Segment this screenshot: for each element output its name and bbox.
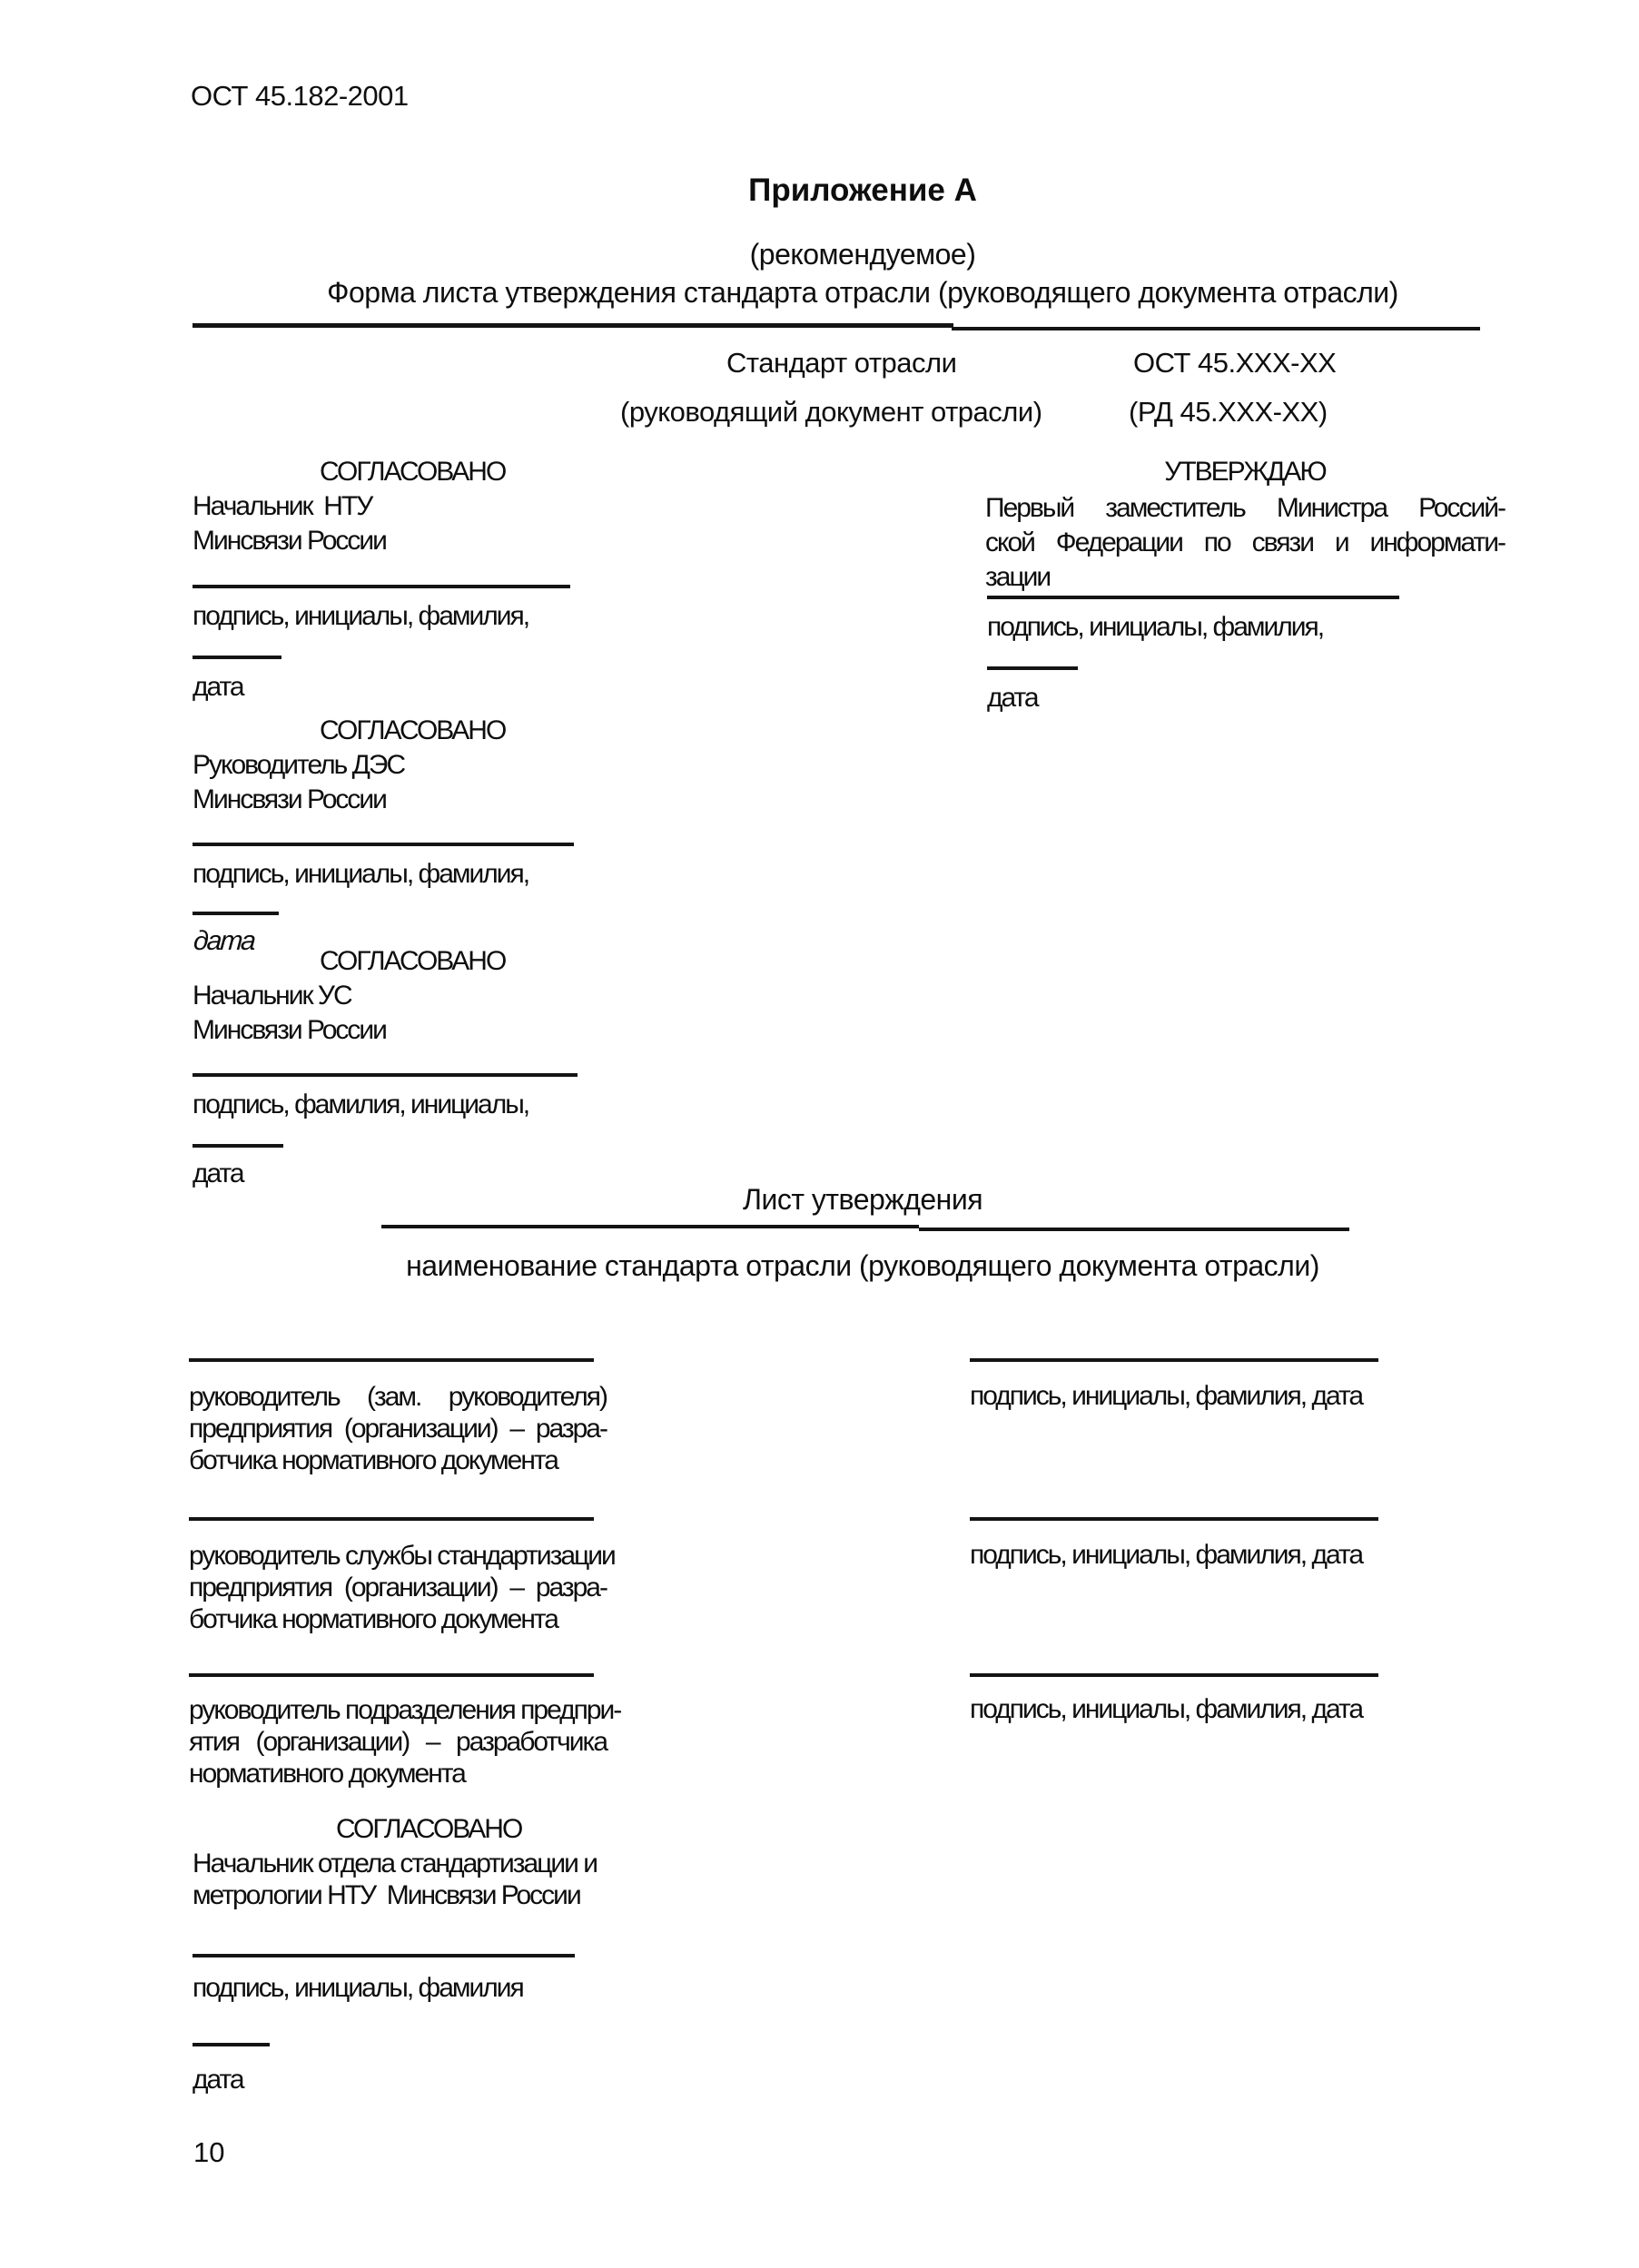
- date-caption: дата: [193, 672, 243, 703]
- signature-line: [189, 1517, 594, 1521]
- signature-caption: подпись, инициалы, фамилия,: [193, 601, 528, 632]
- date-line: [193, 1144, 283, 1148]
- doc-code: ОСТ 45.182-2001: [191, 80, 409, 113]
- agreed-3-org: Минсвязи России: [193, 1015, 386, 1046]
- agreed-2-role: Руководитель ДЭС: [193, 750, 404, 781]
- final-agreed-role-1: Начальник отдела стандартизации и: [193, 1849, 597, 1879]
- guiding-doc-code: (РД 45.XXX-XX): [1129, 396, 1328, 429]
- table-row-3-sig-caption: подпись, инициалы, фамилия, дата: [970, 1694, 1362, 1725]
- signature-line: [193, 843, 574, 846]
- appendix-subtitle: (рекомендуемое): [191, 238, 1535, 271]
- approve-heading: УТВЕРЖДАЮ: [985, 457, 1505, 488]
- standard-code: ОСТ 45.XXX-XX: [1133, 347, 1336, 380]
- approve-role-line: зации: [985, 560, 1505, 595]
- signature-caption: подпись, инициалы, фамилия: [193, 1973, 523, 2004]
- signature-line: [189, 1358, 594, 1362]
- signature-line: [193, 1954, 575, 1957]
- top-rule-right: [952, 327, 1480, 330]
- date-caption: дата: [193, 926, 255, 957]
- approve-role-line: Первый заместитель Министра Россий-: [985, 491, 1505, 526]
- final-agreed-heading: СОГЛАСОВАНО: [336, 1814, 521, 1845]
- date-line: [193, 2043, 270, 2046]
- agreed-heading-3: СОГЛАСОВАНО: [320, 946, 505, 977]
- signature-caption: подпись, фамилия, инициалы,: [193, 1090, 528, 1120]
- document-page: ОСТ 45.182-2001 Приложение А (рекомендуе…: [0, 0, 1639, 2268]
- role-line: предприятия (организации) – разра-: [189, 1572, 607, 1603]
- approve-role-paragraph: Первый заместитель Министра Россий- ской…: [985, 491, 1505, 595]
- agreed-1-org: Минсвязи России: [193, 526, 386, 557]
- signature-caption: подпись, инициалы, фамилия,: [987, 612, 1323, 643]
- date-line: [193, 656, 281, 659]
- approve-role-line: ской Федерации по связи и информати-: [985, 526, 1505, 560]
- table-row-3-role: руководитель подразделения предпри- ятия…: [189, 1694, 607, 1790]
- date-caption: дата: [193, 2065, 243, 2095]
- date-caption: дата: [987, 683, 1038, 714]
- table-row-1-role: руководитель (зам. руководителя) предпри…: [189, 1381, 607, 1476]
- agreed-1-role: Начальник НТУ: [193, 491, 371, 522]
- standard-label: Стандарт отрасли: [726, 347, 956, 380]
- role-line: руководитель службы стандартизации: [189, 1540, 607, 1572]
- signature-line: [970, 1517, 1378, 1521]
- guiding-doc-label: (руководящий документ отрасли): [620, 396, 1042, 429]
- role-line: ятия (организации) – разработчика: [189, 1726, 607, 1758]
- role-line: руководитель подразделения предпри-: [189, 1694, 607, 1726]
- signature-line: [987, 596, 1399, 599]
- appendix-title: Приложение А: [191, 173, 1535, 209]
- role-line: предприятия (организации) – разра-: [189, 1413, 607, 1445]
- name-line-left: [381, 1225, 919, 1228]
- signature-line: [193, 585, 570, 588]
- signature-line: [193, 1073, 578, 1077]
- signature-caption: подпись, инициалы, фамилия,: [193, 859, 528, 890]
- signature-line: [970, 1673, 1378, 1677]
- form-caption: Форма листа утверждения стандарта отрасл…: [191, 276, 1535, 310]
- page-number: 10: [193, 2136, 224, 2169]
- table-row-2-role: руководитель службы стандартизации предп…: [189, 1540, 607, 1635]
- role-line: нормативного документа: [189, 1758, 607, 1790]
- top-rule-left: [193, 323, 953, 328]
- name-line-right: [919, 1228, 1349, 1231]
- signature-line: [970, 1358, 1378, 1362]
- table-row-2-sig-caption: подпись, инициалы, фамилия, дата: [970, 1540, 1362, 1571]
- role-line: ботчика нормативного документа: [189, 1445, 607, 1476]
- agreed-heading-1: СОГЛАСОВАНО: [320, 457, 505, 488]
- agreed-2-org: Минсвязи России: [193, 784, 386, 815]
- agreed-heading-2: СОГЛАСОВАНО: [320, 715, 505, 746]
- table-row-1-sig-caption: подпись, инициалы, фамилия, дата: [970, 1381, 1362, 1412]
- final-agreed-role-2: метрологии НТУ Минсвязи России: [193, 1880, 580, 1911]
- signature-line: [189, 1673, 594, 1677]
- role-line: ботчика нормативного документа: [189, 1603, 607, 1635]
- name-caption: наименование стандарта отрасли (руководя…: [191, 1249, 1535, 1283]
- date-line: [193, 912, 279, 915]
- date-line: [987, 666, 1078, 670]
- sheet-title: Лист утверждения: [191, 1183, 1535, 1217]
- agreed-3-role: Начальник УС: [193, 981, 351, 1011]
- role-line: руководитель (зам. руководителя): [189, 1381, 607, 1413]
